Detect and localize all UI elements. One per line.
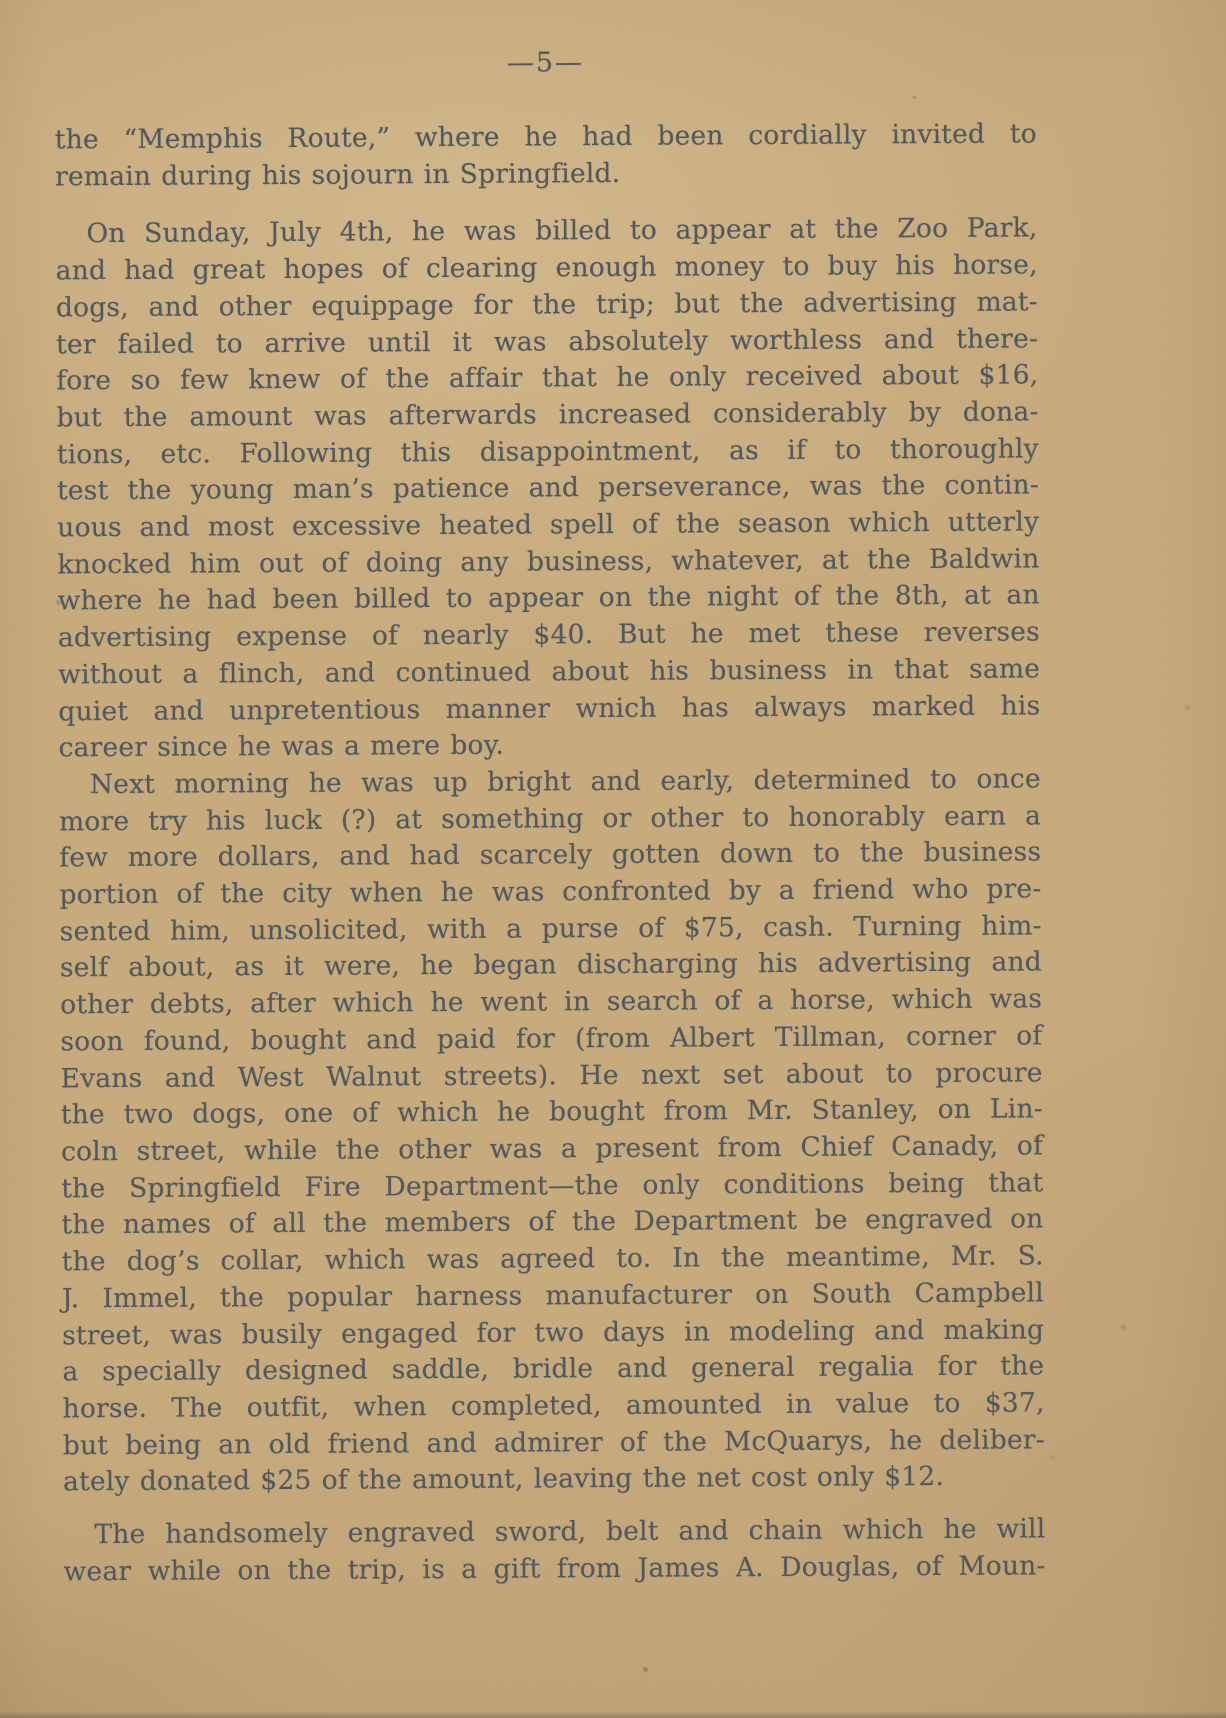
text-line: J. Immel, the popular harness manufactur… [62, 1275, 1044, 1318]
text-line: ately donated $25 of the amount, leaving… [63, 1459, 1045, 1502]
text-line: street, was busily engaged for two days … [62, 1312, 1044, 1355]
text-line: test the young man’s patience and persev… [57, 468, 1039, 511]
text-line: but being an old friend and admirer of t… [63, 1422, 1045, 1465]
text-line: and had great hopes of clearing enough m… [56, 247, 1038, 290]
text-line: Next morning he was up bright and early,… [59, 761, 1041, 804]
text-line: the two dogs, one of which he bought fro… [61, 1092, 1043, 1135]
paragraph: On Sunday, July 4th, he was billed to ap… [55, 211, 1040, 768]
text-line: On Sunday, July 4th, he was billed to ap… [55, 211, 1037, 254]
text-line: career since he was a mere boy. [58, 725, 1040, 768]
text-line: self about, as it were, he began dischar… [60, 945, 1042, 988]
paragraph: the “Memphis Route,” where he had been c… [55, 116, 1037, 195]
text-line: tions, etc. Following this disappointmen… [57, 431, 1039, 474]
text-line: a specially designed saddle, bridle and … [62, 1349, 1044, 1392]
text-line: fore so few knew of the affair that he o… [56, 358, 1038, 401]
text-line: Evans and West Walnut streets). He next … [61, 1055, 1043, 1098]
text-line: portion of the city when he was confront… [59, 871, 1041, 914]
text-line: but the amount was afterwards increased … [56, 394, 1038, 437]
text-line: more try his luck (?) at something or ot… [59, 798, 1041, 841]
text-block: the “Memphis Route,” where he had been c… [55, 116, 1046, 1590]
page-number: —5— [54, 44, 1036, 81]
text-line: wear while on the trip, is a gift from J… [64, 1548, 1046, 1591]
text-line: few more dollars, and had scarcely gotte… [59, 835, 1041, 878]
paper-foxing-specks [0, 0, 3, 3]
text-line: where he had been billed to appear on th… [58, 578, 1040, 621]
text-line: dogs, and other equippage for the trip; … [56, 284, 1038, 327]
text-line: uous and most excessive heated spell of … [57, 504, 1039, 547]
text-line: ter failed to arrive until it was absolu… [56, 321, 1038, 364]
text-line: advertising expense of nearly $40. But h… [58, 614, 1040, 657]
text-line: horse. The outfit, when completed, amoun… [63, 1385, 1045, 1428]
paragraph: Next morning he was up bright and early,… [59, 761, 1045, 1501]
text-line: sented him, unsolicited, with a purse of… [60, 908, 1042, 951]
text-line: the names of all the members of the Depa… [61, 1202, 1043, 1245]
text-line: The handsomely engraved sword, belt and … [63, 1511, 1045, 1554]
text-line: without a flinch, and continued about hi… [58, 651, 1040, 694]
text-line: the Springfield Fire Department—the only… [61, 1165, 1043, 1208]
text-line: other debts, after which he went in sear… [60, 982, 1042, 1025]
text-line: quiet and unpretentious manner wnich has… [58, 688, 1040, 731]
text-line: soon found, bought and paid for (from Al… [60, 1018, 1042, 1061]
paragraph: The handsomely engraved sword, belt and … [63, 1511, 1045, 1590]
text-line: the “Memphis Route,” where he had been c… [55, 116, 1037, 159]
text-line: the dog’s collar, which was agreed to. I… [62, 1238, 1044, 1281]
text-line: coln street, while the other was a prese… [61, 1128, 1043, 1171]
text-line: knocked him out of doing any business, w… [57, 541, 1039, 584]
scanned-book-page: —5— the “Memphis Route,” where he had be… [0, 0, 1226, 1718]
text-line: remain during his sojourn in Springfield… [55, 153, 1037, 196]
